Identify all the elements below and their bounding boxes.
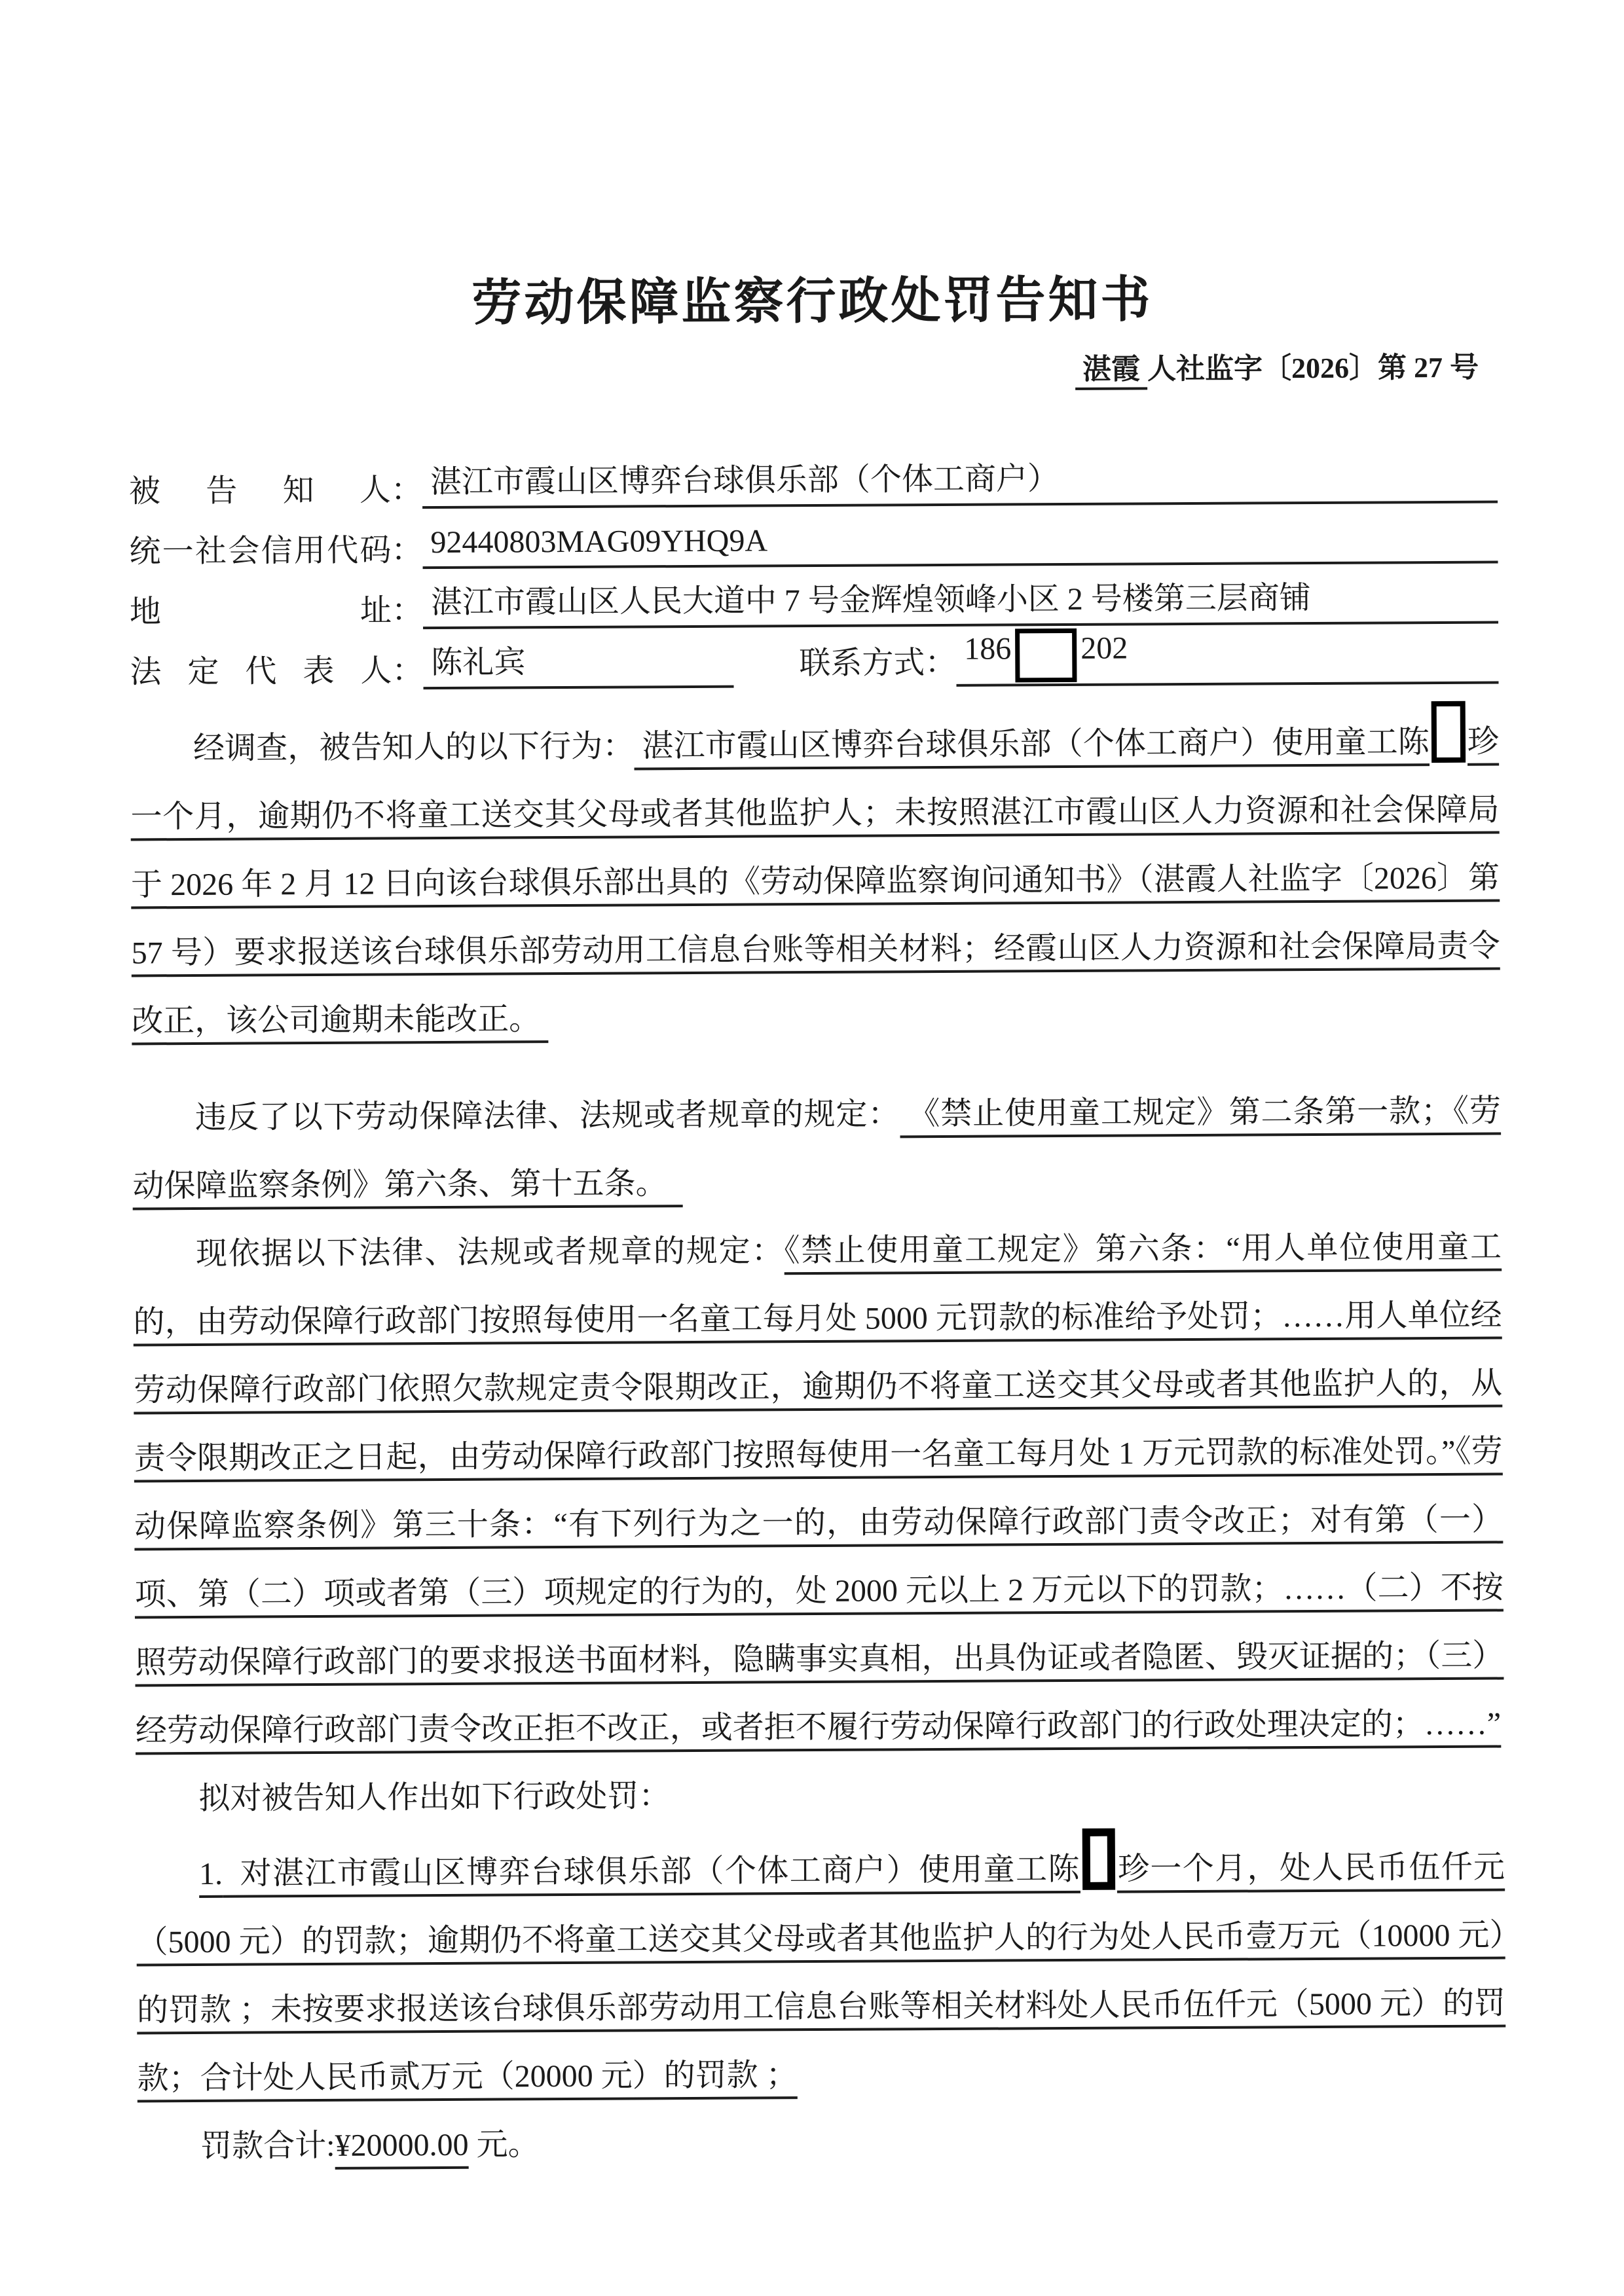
page-title: 劳动保障监察行政处罚告知书 <box>128 272 1496 334</box>
phone-redaction-box <box>1015 628 1077 682</box>
contact-label-text: 联系方式 <box>799 646 925 682</box>
address-label: 地址 <box>130 593 392 630</box>
underlined-text: 《禁止使用童工规定》第六条：“用人单位使用童工的，由劳动保障行政部门按照每使用一… <box>133 1230 1504 1748</box>
row-spacer <box>734 687 800 688</box>
paragraph: 罚款合计:¥20000.00 元。 <box>138 2105 1507 2181</box>
body-text: 现依据以下法律、法规或者规章的规定： <box>196 1233 784 1271</box>
phone-prefix: 186 <box>964 631 1011 666</box>
notified-party-row: 被告知人： 湛江市霞山区博弈台球俱乐部（个体工商户） <box>129 443 1498 510</box>
doc-number-rest: 人社监字〔2026〕第 27 号 <box>1147 351 1479 385</box>
document-content: 劳动保障监察行政处罚告知书 湛霞 人社监字〔2026〕第 27 号 被告知人： … <box>126 0 1506 2181</box>
legal-rep-row: 法定代表人： 陈礼宾 联系方式： 186202 <box>130 623 1498 691</box>
contact-value: 186202 <box>956 622 1498 686</box>
body-text: 经调查，被告知人的以下行为： <box>193 729 635 766</box>
address-colon: ： <box>392 593 423 629</box>
phone-suffix: 202 <box>1080 630 1128 665</box>
paragraph: 违反了以下劳动保障法律、法规或者规章的规定： 《禁止使用童工规定》第二条第一款；… <box>132 1077 1502 1220</box>
underlined-text: ¥20000.00 <box>335 2127 468 2162</box>
body-text: 拟对被告知人作出如下行政处罚： <box>198 1779 670 1816</box>
name-redaction-box <box>1082 1828 1115 1889</box>
legal-rep-colon: ： <box>392 653 423 689</box>
document-body: 经调查，被告知人的以下行为： 湛江市霞山区博弈台球俱乐部（个体工商户）使用童工陈… <box>130 701 1507 2181</box>
notified-party-label: 被告知人 <box>129 473 391 510</box>
address-row: 地址： 湛江市霞山区人民大道中 7 号金辉煌领峰小区 2 号楼第三层商铺 <box>130 563 1498 630</box>
header-fields: 被告知人： 湛江市霞山区博弈台球俱乐部（个体工商户） 统一社会信用代码： 924… <box>129 443 1499 691</box>
credit-code-value: 92440803MAG09YHQ9A <box>422 519 1498 569</box>
doc-number-issuer-underlined: 湛霞 <box>1075 353 1147 386</box>
contact-label: 联系方式： <box>799 645 956 687</box>
credit-code-colon: ： <box>391 533 422 569</box>
credit-code-row: 统一社会信用代码： 92440803MAG09YHQ9A <box>129 503 1498 570</box>
body-text: 违反了以下劳动保障法律、法规或者规章的规定： <box>195 1097 900 1135</box>
underlined-text: 1. <box>199 1856 223 1891</box>
contact-colon: ： <box>925 646 956 680</box>
scanned-document-page: 劳动保障监察行政处罚告知书 湛霞 人社监字〔2026〕第 27 号 被告知人： … <box>0 0 1624 2296</box>
credit-code-label: 统一社会信用代码 <box>129 533 391 570</box>
underlined-text: 湛江市霞山区博弈台球俱乐部（个体工商户）使用童工陈 <box>634 725 1430 763</box>
paragraph: 经调查，被告知人的以下行为： 湛江市霞山区博弈台球俱乐部（个体工商户）使用童工陈… <box>130 701 1501 1055</box>
paragraph: 现依据以下法律、法规或者规章的规定：《禁止使用童工规定》第六条：“用人单位使用童… <box>133 1213 1504 1765</box>
notified-party-colon: ： <box>391 473 422 509</box>
legal-rep-value: 陈礼宾 <box>423 644 733 689</box>
body-text: 罚款合计: <box>200 2128 335 2163</box>
doc-number: 湛霞 人社监字〔2026〕第 27 号 <box>128 343 1497 392</box>
underlined-text: 对湛江市霞山区博弈台球俱乐部（个体工商户）使用童工陈 <box>223 1851 1080 1891</box>
address-value: 湛江市霞山区人民大道中 7 号金辉煌领峰小区 2 号楼第三层商铺 <box>423 579 1498 629</box>
notified-party-value: 湛江市霞山区博弈台球俱乐部（个体工商户） <box>422 459 1498 509</box>
name-redaction-box <box>1431 701 1466 762</box>
paragraph: 1. 对湛江市霞山区博弈台球俱乐部（个体工商户）使用童工陈珍一个月，处人民币伍仟… <box>136 1826 1506 2113</box>
body-text: 元。 <box>468 2127 539 2162</box>
underlined-text: 珍一个月，逾期仍不将童工送交其父母或者其他监护人；未按照湛江市霞山区人力资源和社… <box>130 724 1500 1038</box>
paragraph: 拟对被告知人作出如下行政处罚： <box>136 1758 1505 1833</box>
legal-rep-label: 法定代表人 <box>130 653 392 691</box>
